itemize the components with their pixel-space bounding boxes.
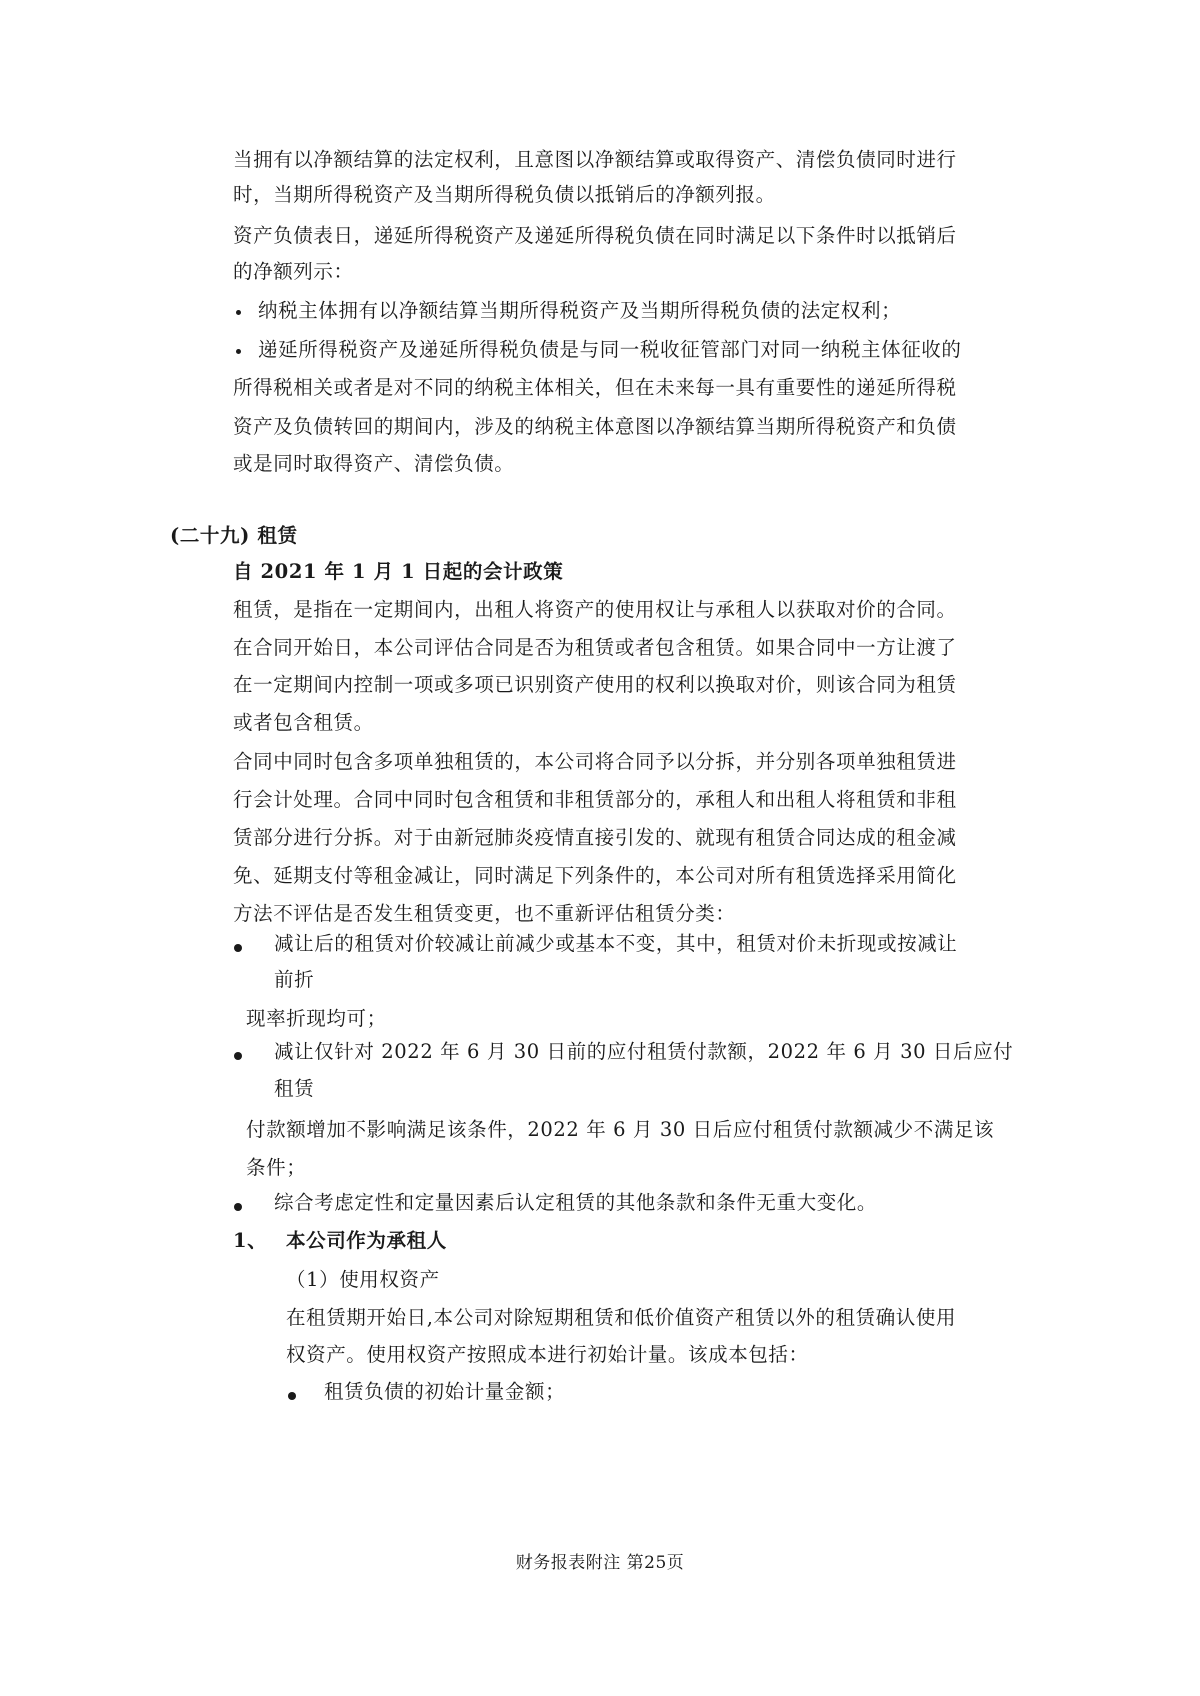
condition2-line1: 减让仅针对 2022 年 6 月 30 日前的应付租赁付款额，2022 年 6 … — [274, 1040, 1013, 1064]
lease-para3-line3: 赁部分进行分拆。对于由新冠肺炎疫情直接引发的、就现有租赁合同达成的租金减 — [233, 826, 957, 850]
tax-para2-line1: 资产负债表日，递延所得税资产及递延所得税负债在同时满足以下条件时以抵销后 — [233, 224, 957, 248]
lease-para3-line1: 合同中同时包含多项单独租赁的，本公司将合同予以分拆，并分别各项单独租赁进 — [233, 750, 957, 774]
tax-para1-line1: 当拥有以净额结算的法定权利，且意图以净额结算或取得资产、清偿负债同时进行 — [233, 148, 957, 172]
lease-para2-line1: 在合同开始日，本公司评估合同是否为租赁或者包含租赁。如果合同中一方让渡了 — [233, 636, 957, 660]
page-footer: 财务报表附注 第25页 — [0, 1552, 1200, 1574]
lease-para2-line2: 在一定期间内控制一项或多项已识别资产使用的权利以换取对价，则该合同为租赁 — [233, 673, 957, 697]
tax-bullet2-line1: 递延所得税资产及递延所得税负债是与同一税收征管部门对同一纳税主体征收的 — [258, 338, 962, 362]
condition2-continuation1: 付款额增加不影响满足该条件，2022 年 6 月 30 日后应付租赁付款额减少不… — [246, 1118, 994, 1142]
lease-para1-line1: 租赁，是指在一定期间内，出租人将资产的使用权让与承租人以获取对价的合同。 — [233, 598, 957, 622]
section-heading-lease: (二十九) 租赁 — [170, 524, 298, 548]
lessee-para-line2: 权资产。使用权资产按照成本进行初始计量。该成本包括： — [286, 1343, 809, 1367]
bullet-icon — [236, 310, 241, 315]
lease-para3-line5: 方法不评估是否发生租赁变更，也不重新评估租赁分类： — [233, 902, 736, 926]
lessee-bullet1: 租赁负债的初始计量金额； — [324, 1380, 565, 1404]
right-of-use-subtitle: （1）使用权资产 — [286, 1268, 440, 1292]
bullet-icon — [236, 349, 241, 354]
condition1-line1: 减让后的租赁对价较减让前减少或基本不变，其中，租赁对价未折现或按减让 — [274, 932, 957, 956]
lease-para3-line2: 行会计处理。合同中同时包含租赁和非租赁部分的，承租人和出租人将租赁和非租 — [233, 788, 957, 812]
condition2-line2: 租赁 — [274, 1077, 314, 1101]
tax-bullet2-line4: 或是同时取得资产、清偿负债。 — [233, 452, 514, 476]
tax-bullet2-line2: 所得税相关或者是对不同的纳税主体相关，但在未来每一具有重要性的递延所得税 — [233, 376, 957, 400]
tax-para1-line2: 时，当期所得税资产及当期所得税负债以抵销后的净额列报。 — [233, 183, 776, 207]
lessee-title: 本公司作为承租人 — [286, 1229, 447, 1253]
tax-para2-line2: 的净额列示： — [233, 260, 354, 284]
bullet-icon — [234, 1203, 242, 1211]
tax-bullet1-line1: 纳税主体拥有以净额结算当期所得税资产及当期所得税负债的法定权利； — [258, 299, 901, 323]
bullet-icon — [234, 944, 242, 952]
document-page: 当拥有以净额结算的法定权利，且意图以净额结算或取得资产、清偿负债同时进行 时，当… — [0, 0, 1200, 1696]
condition1-line2: 前折 — [274, 968, 314, 992]
lessee-number: 1、 — [233, 1229, 267, 1253]
bullet-icon — [234, 1052, 242, 1060]
condition1-continuation: 现率折现均可； — [246, 1007, 387, 1031]
lease-para2-line3: 或者包含租赁。 — [233, 711, 374, 735]
condition2-continuation2: 条件； — [246, 1156, 306, 1180]
lessee-para-line1: 在租赁期开始日,本公司对除短期租赁和低价值资产租赁以外的租赁确认使用 — [286, 1306, 956, 1330]
condition3-line1: 综合考虑定性和定量因素后认定租赁的其他条款和条件无重大变化。 — [274, 1191, 877, 1215]
subheading-policy: 自 2021 年 1 月 1 日起的会计政策 — [233, 560, 563, 584]
bullet-icon — [288, 1392, 296, 1400]
tax-bullet2-line3: 资产及负债转回的期间内，涉及的纳税主体意图以净额结算当期所得税资产和负债 — [233, 415, 957, 439]
lease-para3-line4: 免、延期支付等租金减让，同时满足下列条件的，本公司对所有租赁选择采用简化 — [233, 864, 957, 888]
